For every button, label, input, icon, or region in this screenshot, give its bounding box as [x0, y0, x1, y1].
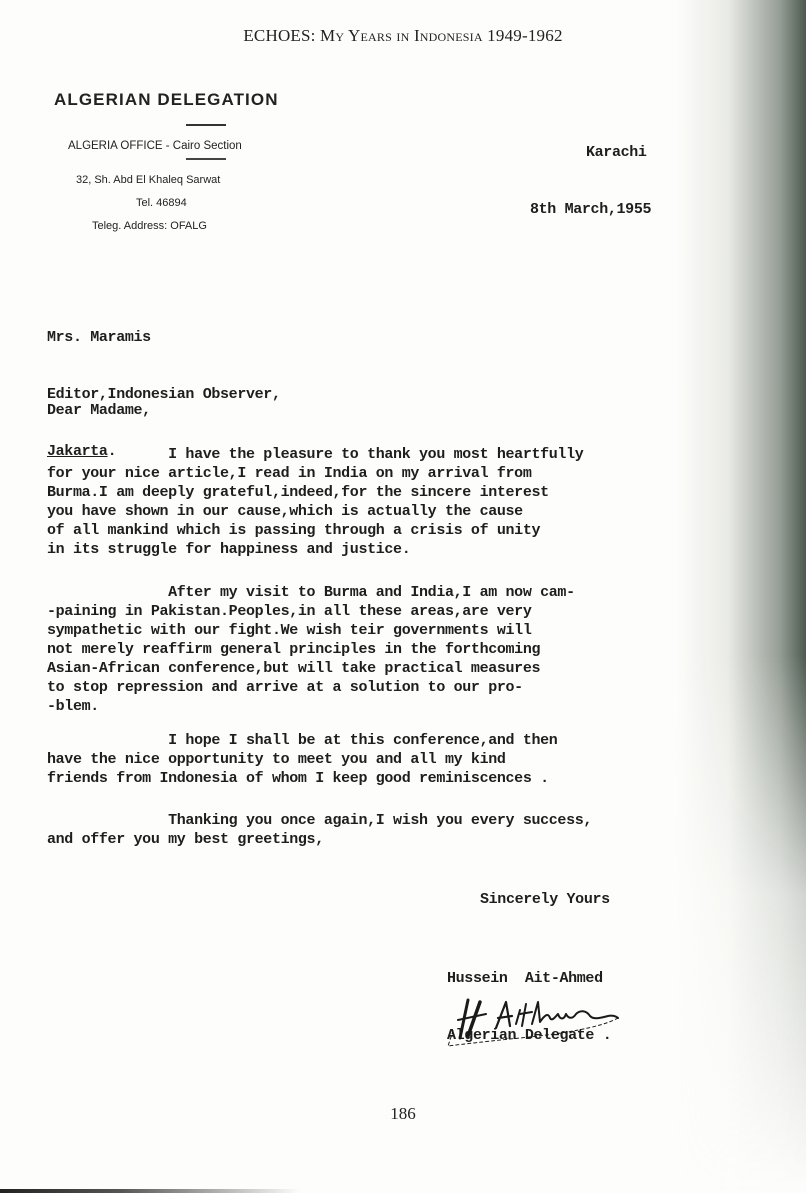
- letterhead: ALGERIAN DELEGATION ALGERIA OFFICE - Cai…: [48, 90, 308, 232]
- salutation: Dear Madame,: [47, 401, 151, 420]
- letter-paragraph: I have the pleasure to thank you most he…: [47, 445, 727, 559]
- letter-date: 8th March,1955: [530, 200, 651, 219]
- closing: Sincerely Yours: [480, 890, 610, 909]
- letterhead-address: 32, Sh. Abd El Khaleq Sarwat: [76, 174, 308, 186]
- letter-paragraph: I hope I shall be at this conference,and…: [47, 731, 727, 788]
- letter-paragraph: Thanking you once again,I wish you every…: [47, 811, 727, 849]
- letterhead-telephone: Tel. 46894: [136, 197, 308, 209]
- letterhead-office: ALGERIA OFFICE - Cairo Section: [68, 140, 308, 152]
- letterhead-divider: [186, 124, 226, 126]
- running-head: ECHOES: My Years in Indonesia 1949-1962: [0, 26, 806, 46]
- place-and-date: Karachi 8th March,1955: [530, 105, 651, 238]
- letterhead-divider: [186, 158, 226, 160]
- letterhead-title: ALGERIAN DELEGATION: [54, 90, 308, 110]
- letter-paragraph: After my visit to Burma and India,I am n…: [47, 583, 727, 716]
- letterhead-telegraphic-address: Teleg. Address: OFALG: [92, 220, 308, 232]
- page-bottom-edge: [0, 1189, 300, 1193]
- signatory-name: Hussein Ait-Ahmed: [447, 969, 611, 988]
- page-number: 186: [0, 1104, 806, 1124]
- letter-place: Karachi: [530, 143, 651, 162]
- recipient-name: Mrs. Maramis: [47, 328, 281, 347]
- handwritten-signature-icon: [440, 988, 640, 1058]
